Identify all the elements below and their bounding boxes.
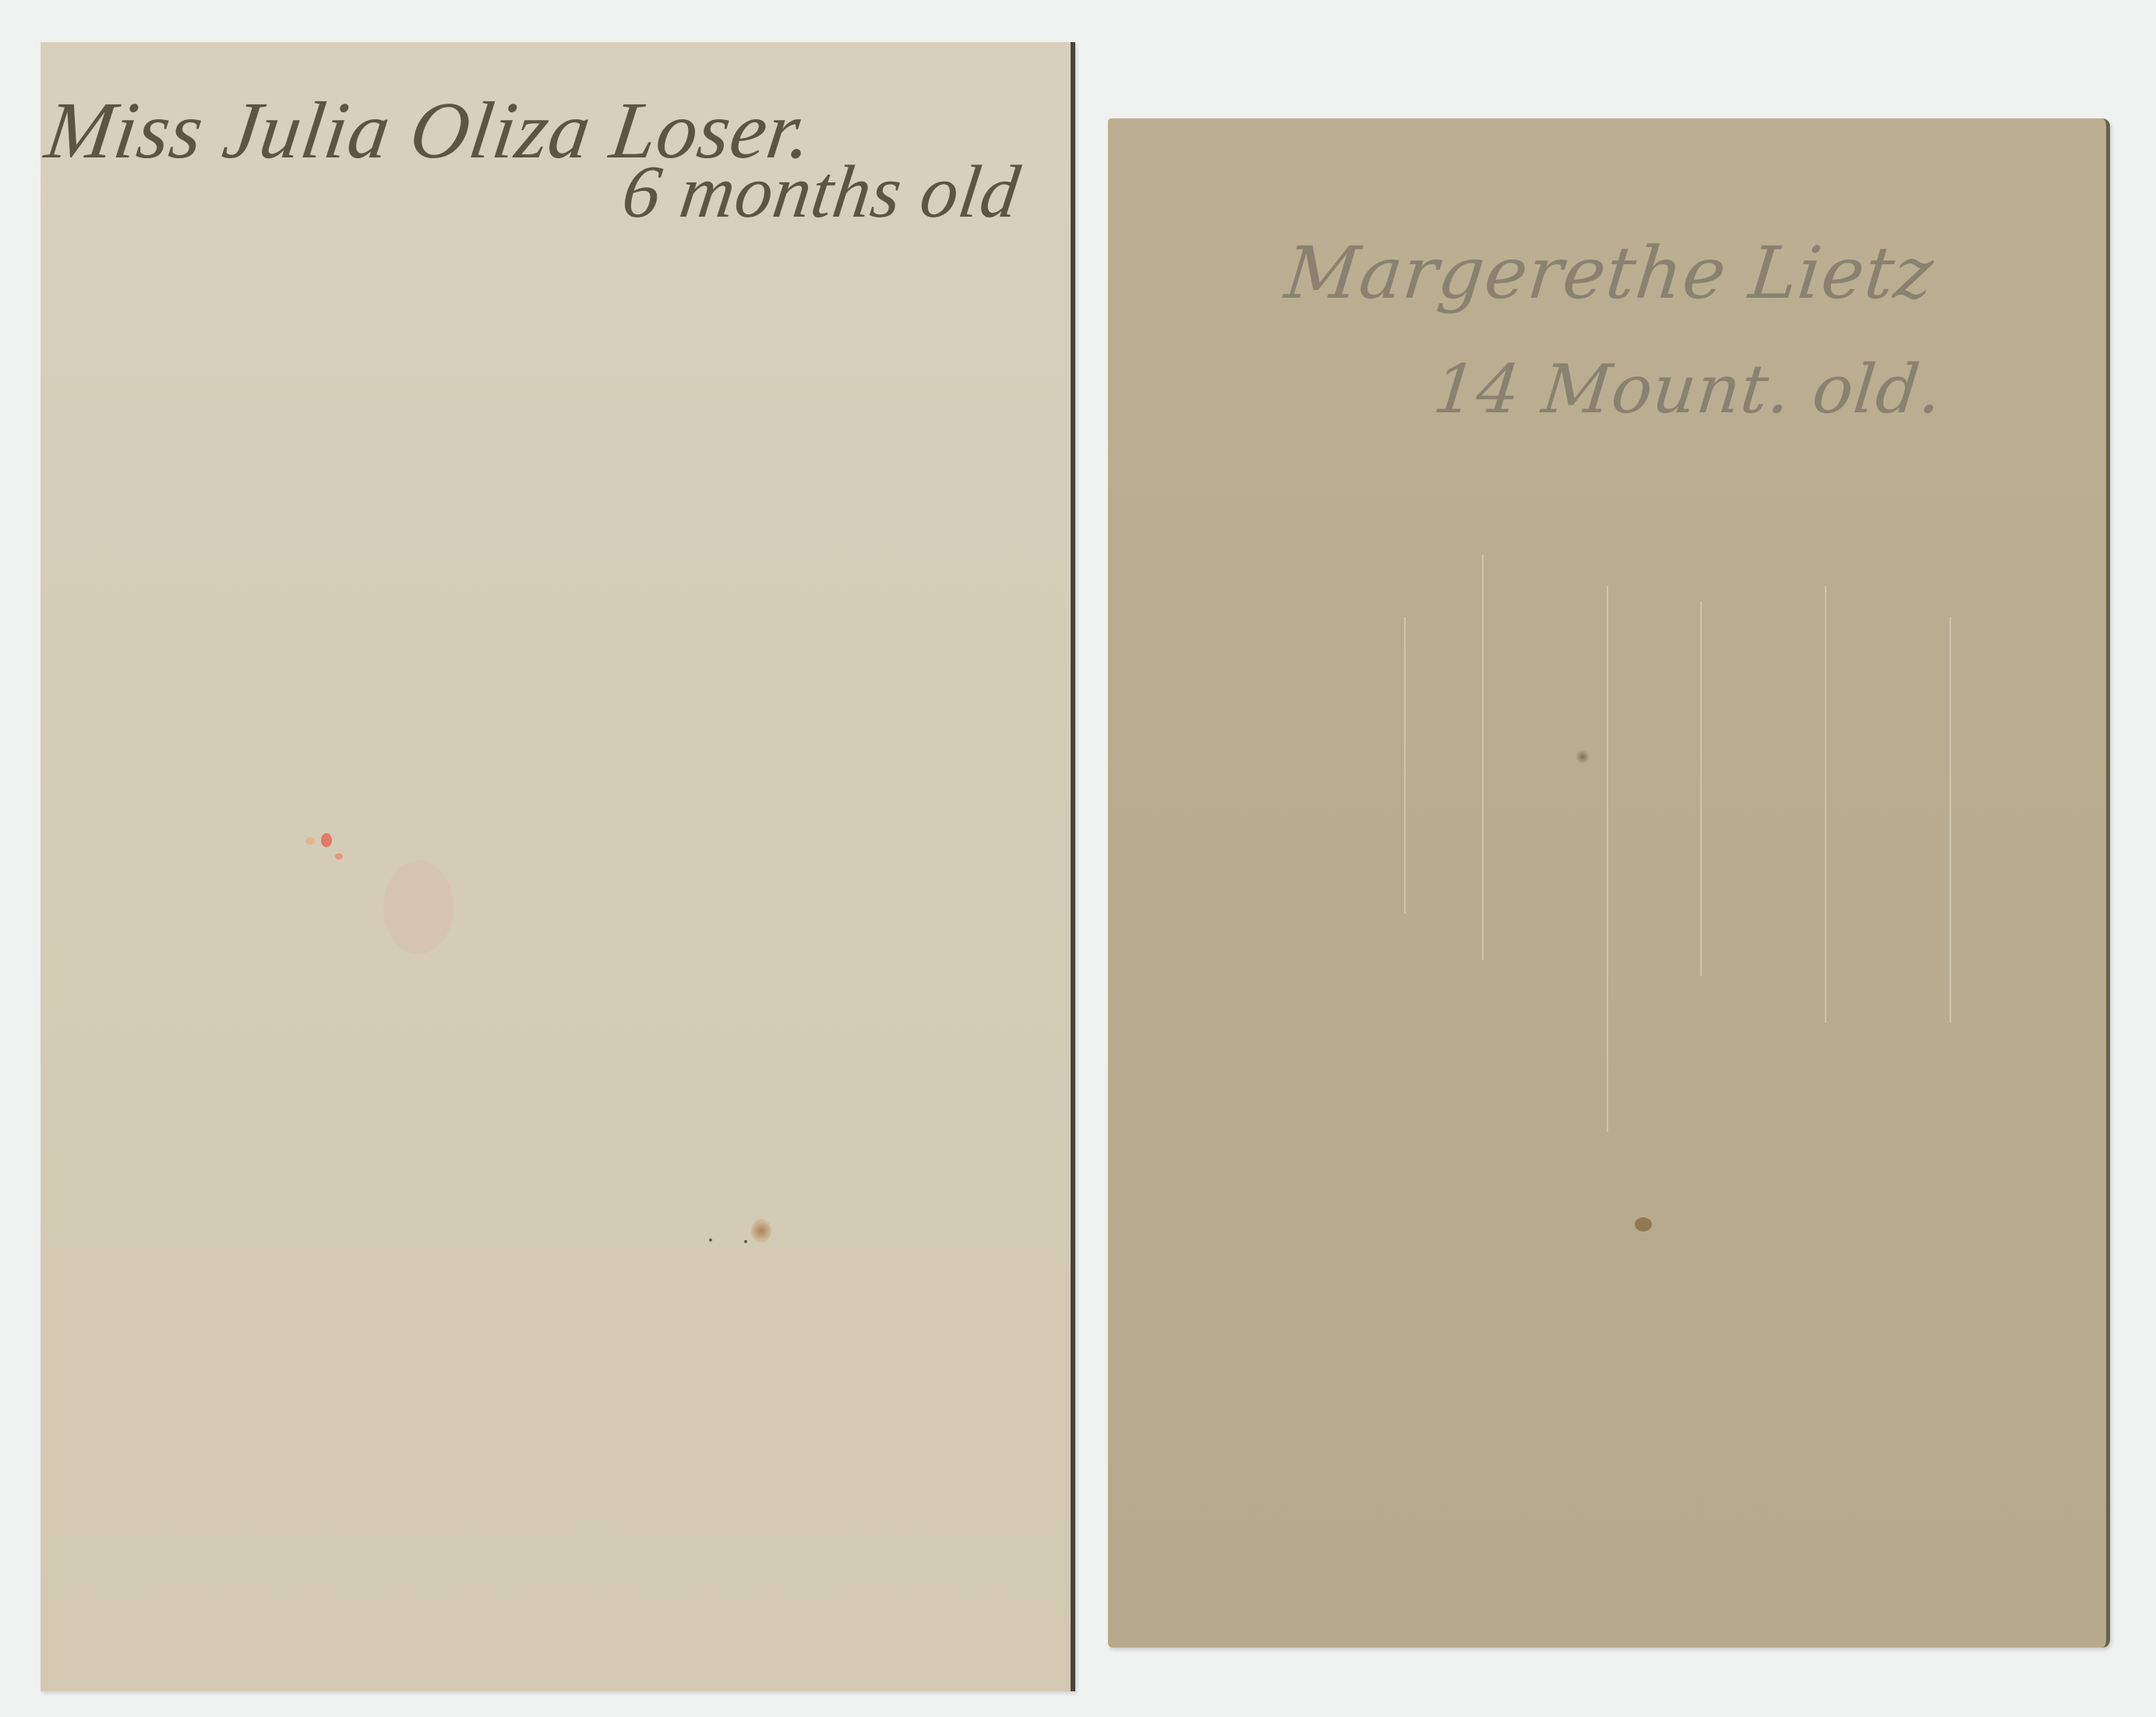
dark-spot [1576, 750, 1590, 764]
crease [1404, 617, 1406, 913]
left-card-back: Miss Julia Oliza Loser. 6 months old [41, 42, 1075, 1691]
crease [1700, 602, 1702, 976]
crease [1607, 586, 1608, 1132]
red-fleck [335, 853, 343, 860]
dot-mark [744, 1240, 747, 1243]
crease [1482, 555, 1484, 960]
faint-pink-stamp [383, 860, 453, 954]
red-fleck [305, 837, 315, 845]
right-card-age-inscription: 14 Mount. old. [1430, 351, 1946, 429]
right-card-name-inscription: Margerethe Lietz [1281, 231, 1937, 315]
dot-mark [709, 1238, 712, 1242]
crease [1825, 586, 1826, 1023]
right-card-back: Margerethe Lietz 14 Mount. old. [1108, 118, 2110, 1648]
brown-spot [1635, 1217, 1652, 1231]
crease [1950, 617, 1951, 1023]
left-card-age-inscription: 6 months old [617, 148, 1025, 235]
red-fleck [321, 833, 332, 847]
brown-foxing-spot [751, 1219, 771, 1242]
